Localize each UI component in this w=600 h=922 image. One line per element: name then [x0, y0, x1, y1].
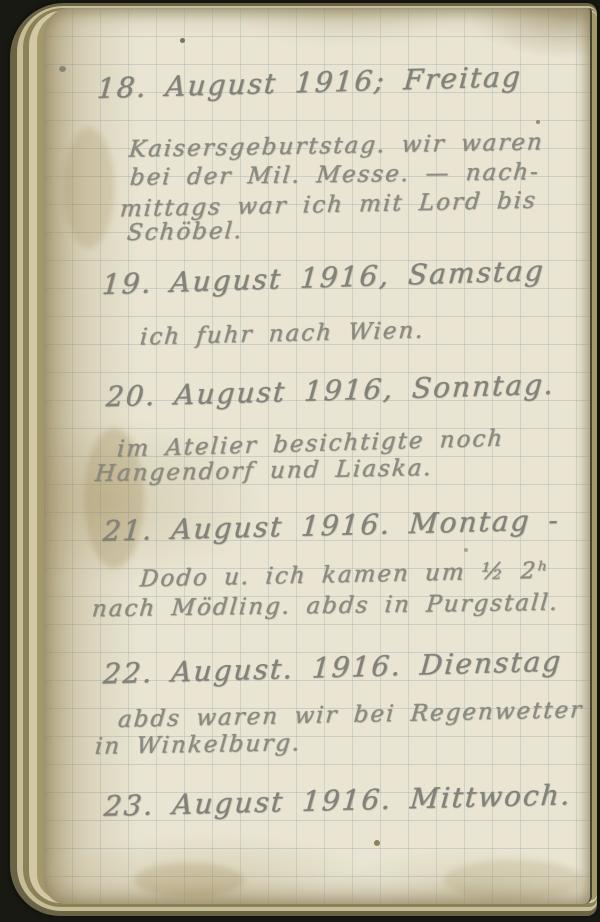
entry-line: ich fuhr nach Wien.	[139, 317, 426, 350]
entry-line: nach Mödling. abds in Purgstall.	[91, 590, 560, 623]
entry-heading: 21. August 1916. Montag -	[102, 503, 562, 547]
entry-heading: 19. August 1916, Samstag	[101, 254, 546, 301]
entry-line: Kaisersgeburtstag. wir waren	[128, 129, 545, 162]
entry-line: abds waren wir bei Regenwetter	[117, 697, 584, 733]
diary-entries: 18. August 1916; Freitag Kaisersgeburtst…	[0, 0, 600, 922]
entry-line: Schöbel.	[126, 218, 245, 246]
scanned-notebook-photo: 18. August 1916; Freitag Kaisersgeburtst…	[0, 0, 600, 922]
entry-line: Hangendorf und Liaska.	[94, 455, 434, 487]
entry-heading: 23. August 1916. Mittwoch.	[103, 778, 573, 823]
entry-heading: 20. August 1916, Sonntag.	[105, 368, 556, 414]
entry-line: mittags war ich mit Lord bis	[119, 188, 538, 223]
entry-line: bei der Mil. Messe. — nach-	[129, 159, 541, 191]
entry-heading: 22. August. 1916. Dienstag	[102, 645, 564, 691]
entry-line: Dodo u. ich kamen um ½ 2ʰ	[139, 558, 550, 593]
entry-line: in Winkelburg.	[94, 730, 303, 760]
entry-heading: 18. August 1916; Freitag	[96, 60, 523, 105]
